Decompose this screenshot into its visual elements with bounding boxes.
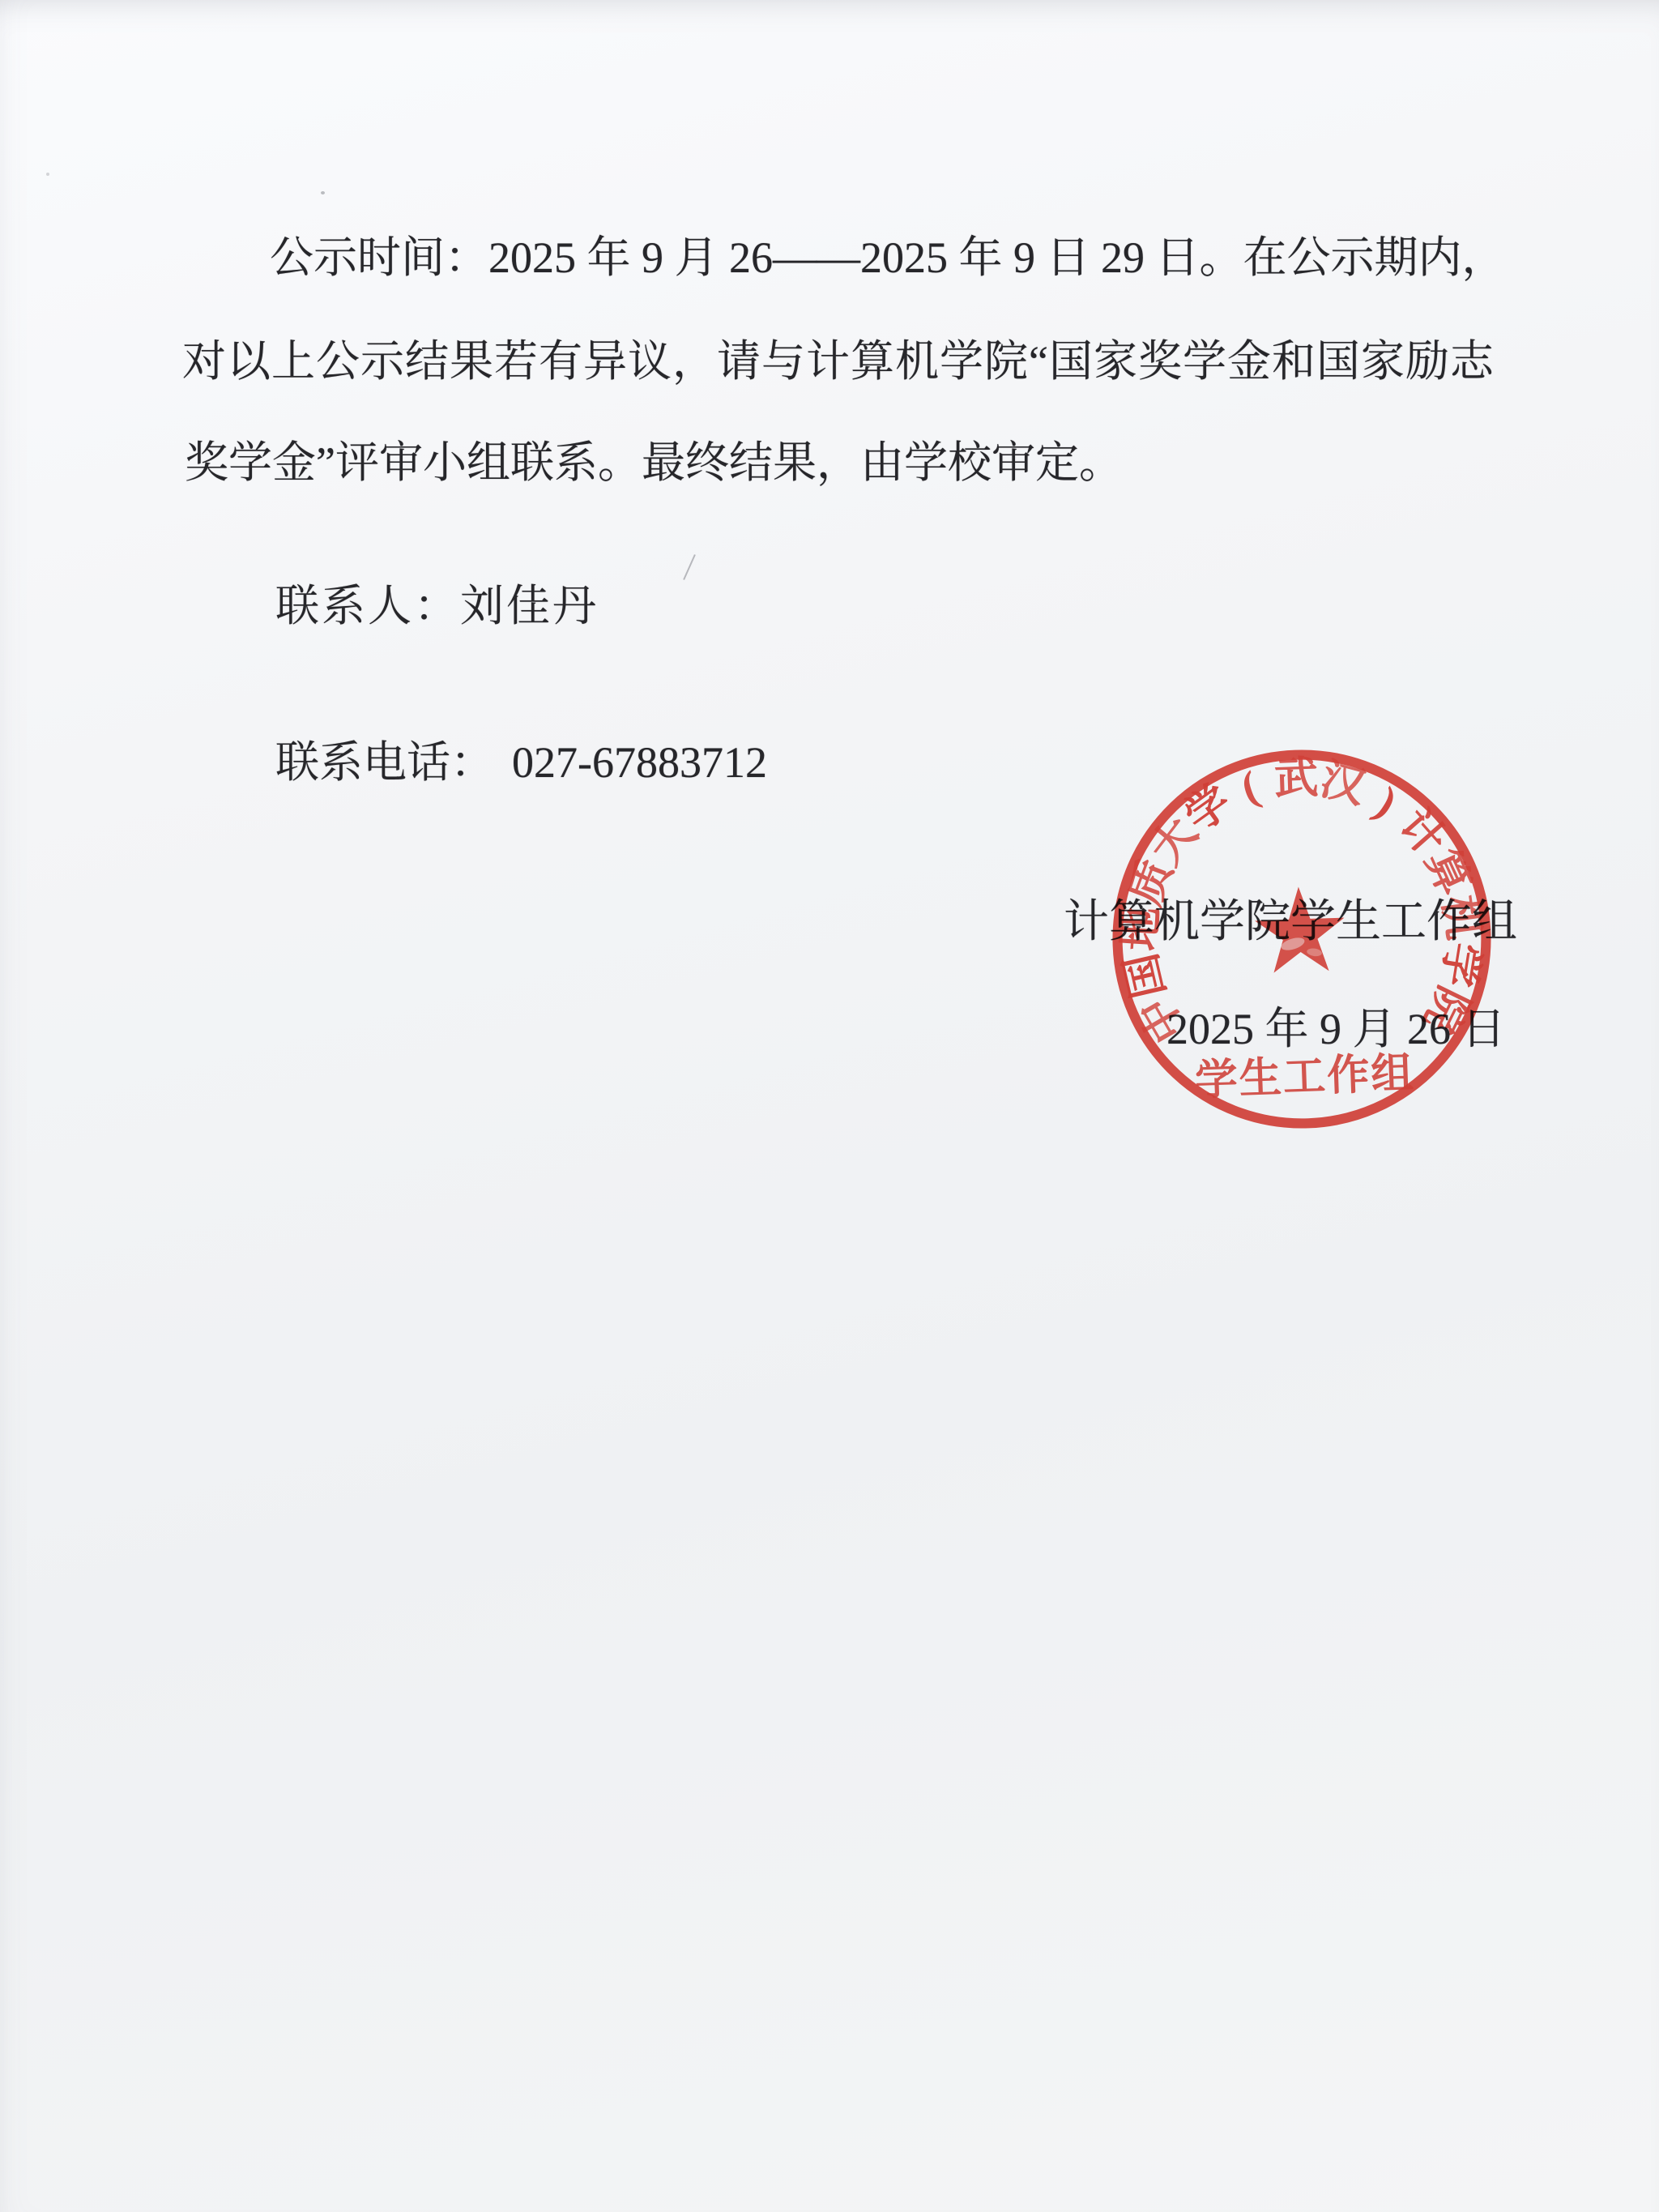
contact-phone-number: 027-67883712 <box>512 738 767 787</box>
paper-speck <box>46 173 49 176</box>
document-page: 公示时间：2025 年 9 月 26——2025 年 9 日 29 日。在公示期… <box>0 0 1659 2212</box>
stamp-arc-text-glyph: 汉 <box>1316 754 1371 813</box>
stamp-arc-text-glyph: ) <box>1367 778 1405 827</box>
stamp-arc-text-glyph: 院 <box>1415 979 1478 1040</box>
stamp-star-icon <box>1254 886 1346 974</box>
stamp-arc-text-glyph: ( <box>1235 762 1265 813</box>
stamp-arc-text-glyph: 机 <box>1434 892 1488 942</box>
body-line-1: 公示时间：2025 年 9 月 26——2025 年 9 日 29 日。在公示期… <box>270 236 1506 280</box>
body-line-3: 奖学金”评审小组联系。最终结果，由学校审定。 <box>185 441 1123 485</box>
stamp-bottom-text: 学生工作组 <box>1194 1050 1415 1104</box>
contact-phone-line: 联系电话：027-67883712 <box>275 741 767 784</box>
contact-person-line: 联系人：刘佳丹 <box>275 584 599 628</box>
contact-phone-label: 联系电话： <box>275 738 494 787</box>
official-stamp: 中国地质大学(武汉)计算机学院学生工作组 <box>1112 749 1491 1129</box>
paper-speck <box>321 191 325 194</box>
body-line-2: 对以上公示结果若有异议，请与计算机学院“国家奖学金和国家励志 <box>182 339 1495 383</box>
stamp-arc-text-glyph: 地 <box>1115 905 1166 952</box>
stamp-arc-text-glyph: 武 <box>1273 754 1319 804</box>
official-stamp-svg: 中国地质大学(武汉)计算机学院学生工作组 <box>1112 749 1491 1129</box>
scan-artifact <box>683 554 696 580</box>
